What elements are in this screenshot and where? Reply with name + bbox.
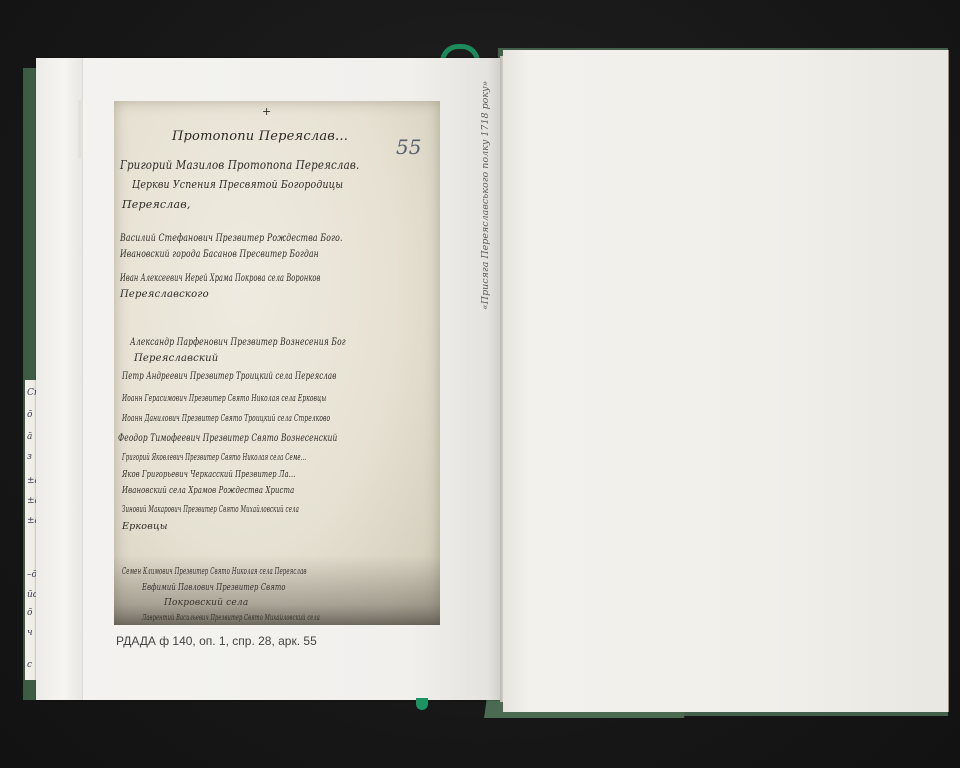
right-page-blank [503, 50, 948, 712]
left-page-notch [78, 100, 83, 158]
manuscript-line: Александр Парфенович Презвитер Вознесени… [130, 336, 346, 348]
manuscript-line: Переяславского [120, 289, 209, 300]
scribble: ō [27, 608, 32, 618]
manuscript-line: Феодор Тимофеевич Презвитер Свято Вознес… [118, 433, 337, 444]
manuscript-line: Иоанн Герасимович Презвитер Свято Никола… [122, 393, 326, 404]
manuscript-line: Переяслав, [122, 198, 191, 211]
manuscript-line: Покровский села [164, 598, 248, 608]
running-header-vertical: «Присяга Переяславського полку 1718 року… [480, 100, 502, 310]
left-page-fold [36, 58, 83, 700]
manuscript-top-mark: + [262, 105, 271, 118]
scribble: ā [27, 432, 32, 442]
manuscript-line: Церкви Успения Пресвятой Богородицы [132, 178, 343, 191]
manuscript-line: Ивановский города Басанов Пресвитер Богд… [120, 249, 319, 260]
manuscript-line: Ерковцы [122, 521, 168, 532]
manuscript-line: Григорий Яковлевич Презвитер Свято Никол… [122, 453, 306, 463]
manuscript-line: Зиновий Макарович Презвитер Свято Михайл… [122, 505, 299, 515]
scribble: ō [27, 410, 32, 420]
manuscript-line: Семен Климович Презвитер Свято Николая с… [122, 567, 307, 577]
scribble: с [27, 660, 32, 670]
scribble: з [27, 452, 32, 462]
bookmark-ribbon-bottom [416, 698, 428, 710]
image-caption: РДАДА ф 140, оп. 1, спр. 28, арк. 55 [116, 634, 317, 648]
manuscript-line: Евфимий Павлович Презвитер Свято [142, 583, 286, 593]
manuscript-line: Григорий Мазилов Протопопа Переяслав. [120, 157, 359, 172]
manuscript-line: Переяславский [134, 353, 218, 364]
manuscript-line: Петр Андреевич Презвитер Троицкий села П… [122, 371, 336, 382]
manuscript-photo: + 55 Протопопи Переяслав... Григорий Маз… [114, 101, 440, 625]
scribble: ч [27, 628, 33, 638]
manuscript-line: Яков Григорьевич Черкасский Презвитер Ла… [122, 469, 295, 480]
manuscript-line: Иван Алексеевич Иерей Храма Покрова села… [120, 273, 321, 284]
folio-number: 55 [396, 135, 421, 159]
manuscript-line: Иоанн Данилович Презвитер Свято Троицкий… [122, 413, 330, 424]
manuscript-line: Ивановский села Храмов Рождества Христа [122, 485, 294, 496]
manuscript-line: Протопопи Переяслав... [172, 129, 348, 144]
manuscript-line: Василий Стефанович Презвитер Рождества Б… [120, 233, 343, 244]
manuscript-line: Лаврентий Васильевич Презвитер Свято Мих… [142, 613, 320, 623]
